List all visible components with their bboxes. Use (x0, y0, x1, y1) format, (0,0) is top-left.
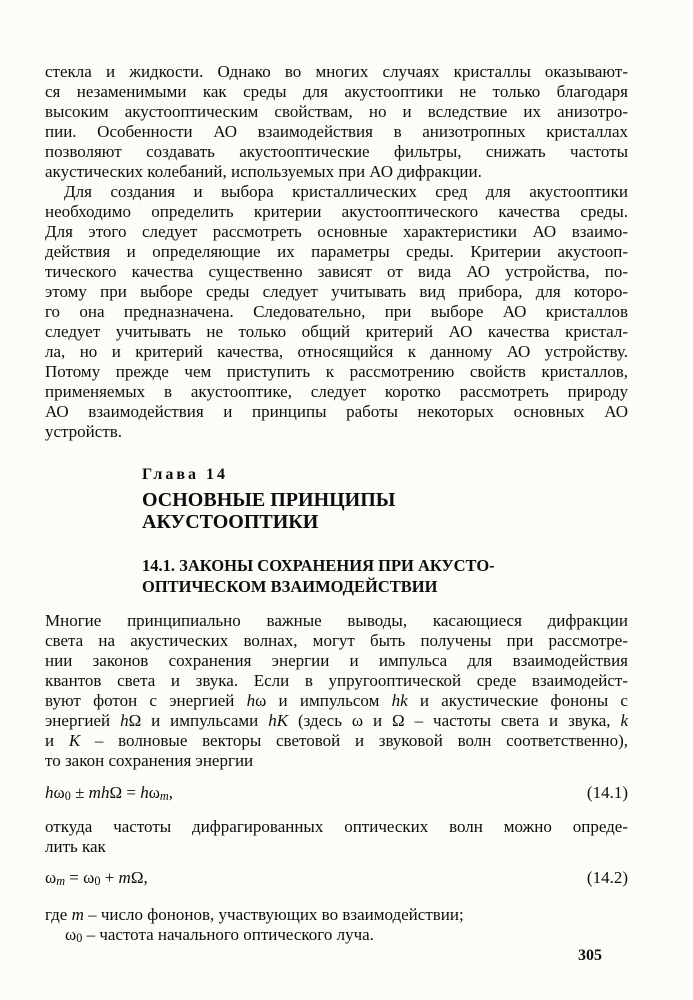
chapter-label: Глава 14 (142, 464, 628, 486)
text-line: ся незаменимыми как среды для акустоопти… (45, 82, 628, 102)
text-line: вуют фотон с энергией hω и импульсом hk … (45, 691, 628, 711)
text-line: ОСНОВНЫЕ ПРИНЦИПЫ (142, 489, 628, 511)
body-paragraph: стекла и жидкости. Однако во многих случ… (45, 62, 628, 182)
text-line: то закон сохранения энергии (45, 751, 628, 771)
text-line: лить как (45, 837, 628, 857)
text-line: Для этого следует рассмотреть основные х… (45, 222, 628, 242)
text-line: и K – волновые векторы световой и звуков… (45, 731, 628, 751)
text-line: света на акустических волнах, могут быть… (45, 631, 628, 651)
section-heading: 14.1. ЗАКОНЫ СОХРАНЕНИЯ ПРИ АКУСТО-ОПТИЧ… (142, 556, 628, 597)
equation-formula: hω0 ± mhΩ = hωm, (45, 783, 173, 803)
text-line: квантов света и звука. Если в упругоопти… (45, 671, 628, 691)
chapter-title: ОСНОВНЫЕ ПРИНЦИПЫАКУСТООПТИКИ (142, 489, 628, 533)
definition-line: где m – число фононов, участвующих во вз… (45, 905, 628, 925)
equation-number: (14.2) (587, 868, 628, 888)
text-line: ОПТИЧЕСКОМ ВЗАИМОДЕЙСТВИИ (142, 577, 628, 598)
equation: ωm = ω0 + mΩ, (14.2) (45, 868, 628, 888)
text-line: АКУСТООПТИКИ (142, 511, 628, 533)
text-line: стекла и жидкости. Однако во многих случ… (45, 62, 628, 82)
text-line: Потому прежде чем приступить к рассмотре… (45, 362, 628, 382)
text-line: пии. Особенности АО взаимодействия в ани… (45, 122, 628, 142)
text-line: устройств. (45, 422, 628, 442)
body-paragraph: Многие принципиально важные выводы, каса… (45, 611, 628, 771)
definitions-list: где m – число фононов, участвующих во вз… (45, 905, 628, 945)
text-line: следует учитывать не только общий критер… (45, 322, 628, 342)
equation-formula: ωm = ω0 + mΩ, (45, 868, 148, 888)
text-line: откуда частоты дифрагированных оптически… (45, 817, 628, 837)
body-paragraph: Для создания и выбора кристаллических ср… (45, 182, 628, 442)
body-paragraph: откуда частоты дифрагированных оптически… (45, 817, 628, 857)
text-line: необходимо определить критерии акустоопт… (45, 202, 628, 222)
text-line: действия и определяющие их параметры сре… (45, 242, 628, 262)
text-line: применяемых в акустооптике, следует коро… (45, 382, 628, 402)
text-line: ла, но и критерий качества, относящийся … (45, 342, 628, 362)
equation-number: (14.1) (587, 783, 628, 803)
page-number: 305 (45, 946, 602, 966)
text-line: тического качества существенно зависят о… (45, 262, 628, 282)
text-line: высоким акустооптическим свойствам, но и… (45, 102, 628, 122)
equation: hω0 ± mhΩ = hωm, (14.1) (45, 783, 628, 803)
text-line: Для создания и выбора кристаллических ср… (45, 182, 628, 202)
text-line: акустических колебаний, используемых при… (45, 162, 628, 182)
text-line: Многие принципиально важные выводы, каса… (45, 611, 628, 631)
text-line: энергией hΩ и импульсами hK (здесь ω и Ω… (45, 711, 628, 731)
text-line: нии законов сохранения энергии и импульс… (45, 651, 628, 671)
text-line: этому при выборе среды следует учитывать… (45, 282, 628, 302)
text-line: 14.1. ЗАКОНЫ СОХРАНЕНИЯ ПРИ АКУСТО- (142, 556, 628, 577)
definition-line: ω0 – частота начального оптического луча… (45, 925, 628, 945)
text-line: АО взаимодействия и принципы работы неко… (45, 402, 628, 422)
text-line: позволяют создавать акустооптические фил… (45, 142, 628, 162)
scanned-book-page: стекла и жидкости. Однако во многих случ… (0, 0, 693, 1000)
text-line: го она предназначена. Следовательно, при… (45, 302, 628, 322)
